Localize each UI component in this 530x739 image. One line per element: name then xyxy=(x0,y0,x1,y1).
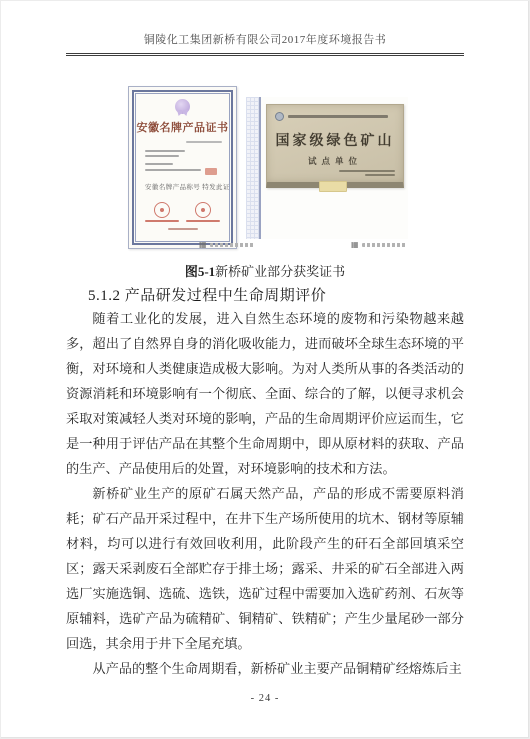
watermark-text-blur xyxy=(210,243,254,247)
blurred-text-line xyxy=(145,169,201,171)
document-header-title: 铜陵化工集团新桥有限公司2017年度环境报告书 xyxy=(0,31,530,47)
seal-row xyxy=(142,202,223,222)
seal-caption-blur xyxy=(145,220,179,222)
certificate-grant-line: 安徽名牌产品称号 特发此证 xyxy=(145,182,231,191)
medal-emblem-icon xyxy=(175,99,190,114)
plaque-signature-blur xyxy=(339,168,395,176)
paragraph: 新桥矿业生产的原矿石属天然产品，产品的形成不需要原料消耗；矿石产品开采过程中，在… xyxy=(66,481,464,656)
section-heading: 5.1.2 产品研发过程中生命周期评价 xyxy=(88,284,326,305)
plaque-label-tab xyxy=(319,181,347,192)
blurred-text-line xyxy=(339,170,395,172)
certificate-body-blur xyxy=(145,150,231,175)
figure-caption-text: 新桥矿业部分获奖证书 xyxy=(215,264,345,279)
watermark-text-blur xyxy=(362,243,406,247)
blurred-text-line xyxy=(145,155,179,157)
photo-watermark: ▦ xyxy=(351,241,406,249)
certificate-title: 安徽名牌产品证书 xyxy=(134,119,231,135)
plaque-title: 国家级绿色矿山 xyxy=(267,130,403,150)
official-seal xyxy=(186,202,220,222)
blurred-text-line xyxy=(145,150,185,152)
body-text-block: 随着工业化的发展，进入自然生态环境的废物和污染物越来越多，超出了自然界自身的消化… xyxy=(66,306,464,681)
seal-icon xyxy=(195,202,211,218)
plaque-top-text-blur xyxy=(288,115,388,118)
plaque-subtitle: 试点单位 xyxy=(267,155,403,167)
header-divider xyxy=(66,53,464,56)
paragraph: 从产品的整个生命周期看，新桥矿业主要产品铜精矿经熔炼后主 xyxy=(66,656,464,681)
seal-caption-blur xyxy=(186,220,220,222)
watermark-icon: ▦ xyxy=(199,241,207,249)
green-mine-plaque: 国家级绿色矿山 试点单位 xyxy=(266,104,404,188)
page-number: - 24 - xyxy=(0,693,530,704)
certificate-border-frame: 安徽名牌产品证书 安徽名牌产品称号 特发此证 xyxy=(132,90,233,245)
seal-icon xyxy=(154,202,170,218)
blurred-text-line xyxy=(365,174,395,176)
official-seal xyxy=(145,202,179,222)
certificate-photo-anhui-famous-brand: 安徽名牌产品证书 安徽名牌产品称号 特发此证 xyxy=(128,86,237,249)
figure-caption: 图5-1新桥矿业部分获奖证书 xyxy=(0,261,530,280)
photo-watermark: ▦ xyxy=(199,241,254,249)
figure-caption-number: 图5-1 xyxy=(185,264,215,279)
certificate-number-blur xyxy=(186,141,222,143)
plaque-top-row xyxy=(275,112,395,121)
blurred-text-line xyxy=(145,163,173,165)
paragraph: 随着工业化的发展，进入自然生态环境的废物和污染物越来越多，超出了自然界自身的消化… xyxy=(66,306,464,481)
certificate-date-blur xyxy=(168,228,198,230)
plaque-photo-green-mine: 国家级绿色矿山 试点单位 xyxy=(246,97,408,239)
watermark-icon: ▦ xyxy=(351,241,359,249)
red-stamp-mark xyxy=(205,168,217,175)
photo-background-grid xyxy=(246,97,261,239)
ministry-logo-icon xyxy=(275,112,284,121)
document-page: 铜陵化工集团新桥有限公司2017年度环境报告书 安徽名牌产品证书 安徽名牌产品称… xyxy=(0,0,530,739)
